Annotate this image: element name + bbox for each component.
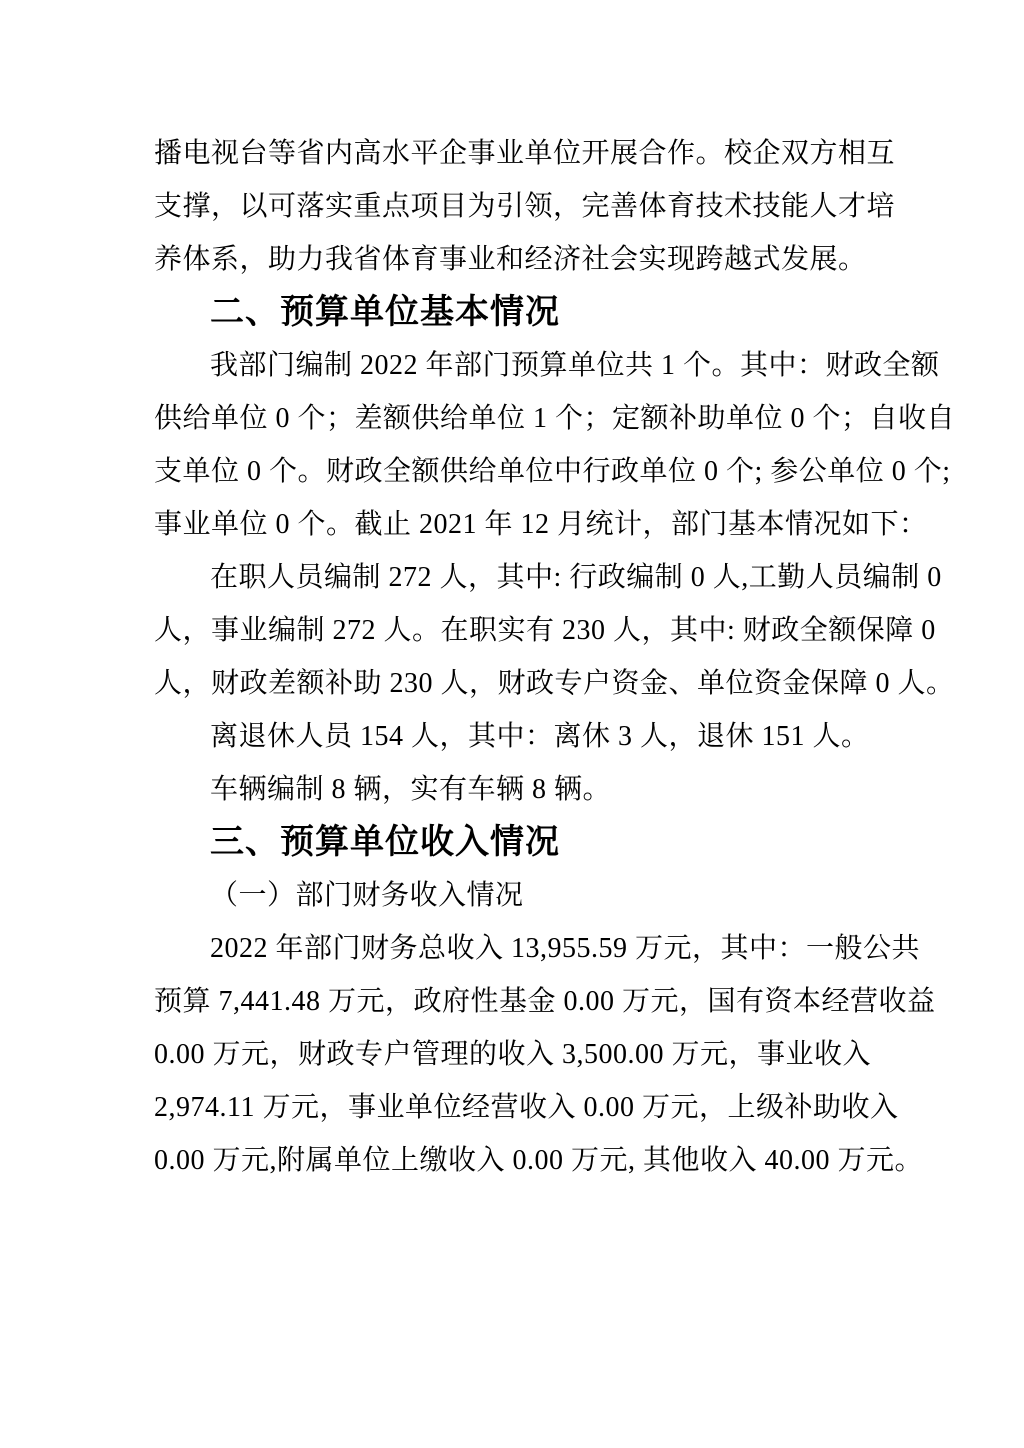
- paragraph-line: 0.00 万元,附属单位上缴收入 0.00 万元, 其他收入 40.00 万元。: [154, 1134, 878, 1187]
- section-heading-2: 二、预算单位基本情况: [154, 286, 878, 339]
- paragraph-line: 支单位 0 个。财政全额供给单位中行政单位 0 个; 参公单位 0 个;: [154, 445, 878, 498]
- paragraph-line: 0.00 万元，财政专户管理的收入 3,500.00 万元，事业收入: [154, 1028, 878, 1081]
- paragraph-line: 养体系，助力我省体育事业和经济社会实现跨越式发展。: [154, 233, 878, 286]
- subsection-heading: （一）部门财务收入情况: [154, 869, 878, 922]
- paragraph-line: 车辆编制 8 辆，实有车辆 8 辆。: [154, 763, 878, 816]
- paragraph-line: 支撑，以可落实重点项目为引领，完善体育技术技能人才培: [154, 180, 878, 233]
- paragraph-line: 2022 年部门财务总收入 13,955.59 万元，其中：一般公共: [154, 922, 878, 975]
- paragraph-line: 预算 7,441.48 万元，政府性基金 0.00 万元，国有资本经营收益: [154, 975, 878, 1028]
- paragraph-line: 离退休人员 154 人，其中：离休 3 人，退休 151 人。: [154, 710, 878, 763]
- paragraph-line: 2,974.11 万元，事业单位经营收入 0.00 万元，上级补助收入: [154, 1081, 878, 1134]
- paragraph-line: 事业单位 0 个。截止 2021 年 12 月统计，部门基本情况如下：: [154, 498, 878, 551]
- paragraph-line: 人，事业编制 272 人。在职实有 230 人，其中: 财政全额保障 0: [154, 604, 878, 657]
- paragraph-line: 我部门编制 2022 年部门预算单位共 1 个。其中：财政全额: [154, 339, 878, 392]
- document-page: 播电视台等省内高水平企事业单位开展合作。校企双方相互 支撑，以可落实重点项目为引…: [0, 0, 1024, 1448]
- paragraph-line: 播电视台等省内高水平企事业单位开展合作。校企双方相互: [154, 127, 878, 180]
- section-heading-3: 三、预算单位收入情况: [154, 816, 878, 869]
- paragraph-line: 在职人员编制 272 人，其中: 行政编制 0 人,工勤人员编制 0: [154, 551, 878, 604]
- document-body: 播电视台等省内高水平企事业单位开展合作。校企双方相互 支撑，以可落实重点项目为引…: [0, 0, 1024, 1187]
- paragraph-line: 人，财政差额补助 230 人，财政专户资金、单位资金保障 0 人。: [154, 657, 878, 710]
- paragraph-line: 供给单位 0 个；差额供给单位 1 个；定额补助单位 0 个；自收自: [154, 392, 878, 445]
